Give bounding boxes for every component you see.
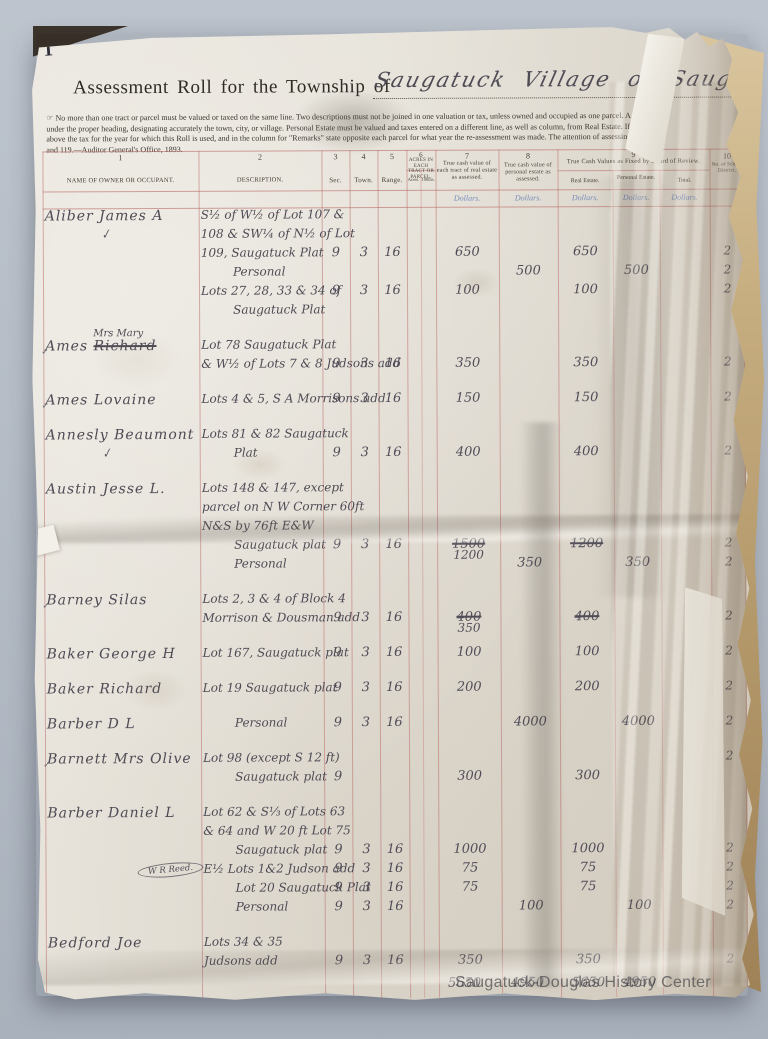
town-value: 3 xyxy=(360,283,368,298)
assessment-row: Plat93164004002 xyxy=(44,443,746,465)
assessed-real-value: 1000 xyxy=(453,842,486,857)
board-real: 100 xyxy=(560,644,615,659)
column-label: Range. xyxy=(379,177,406,184)
parcel-description: 109, Saugatuck Plat xyxy=(201,245,341,260)
board-real-value: 150 xyxy=(574,390,599,405)
school-district: 2 xyxy=(712,713,747,727)
section-value: 9 xyxy=(335,953,343,968)
town: 3 xyxy=(353,861,381,876)
parcel-description: Personal xyxy=(234,556,374,571)
parcel-description: Lots 148 & 147, except xyxy=(202,480,342,495)
range-value: 16 xyxy=(386,680,403,695)
assessed-real-value: 200 xyxy=(457,680,482,695)
range-value: 16 xyxy=(387,842,404,857)
board-personal-value: 100 xyxy=(627,898,652,913)
section-value: 9 xyxy=(333,610,341,625)
school-district: 2 xyxy=(713,897,748,911)
section-value: 9 xyxy=(334,680,342,695)
section: 9 xyxy=(323,445,351,460)
assessment-entry: Aliber James A✓S½ of W½ of Lot 107 &108 … xyxy=(43,205,745,322)
assessed-personal-value: 100 xyxy=(519,898,544,913)
document-title: Assessment Roll for the Township of Saug… xyxy=(73,75,723,108)
range-value: 16 xyxy=(387,899,404,914)
board-real-value: 350 xyxy=(573,355,598,370)
column-label: Town. xyxy=(351,177,377,184)
assessment-row: Personal93161001002 xyxy=(46,897,748,919)
board-real: 1000 xyxy=(560,841,615,856)
assessment-row: Barber D LPersonal9316400040002 xyxy=(45,713,747,735)
assessed-real: 75 xyxy=(439,880,502,895)
subcolumn-label: Personal Estate. xyxy=(613,175,660,182)
header-description-column: 2 DESCRIPTION. xyxy=(198,150,321,208)
town-value: 3 xyxy=(360,245,368,260)
town-value: 3 xyxy=(361,610,369,625)
section-value: 9 xyxy=(333,645,341,660)
column-number: 2 xyxy=(198,152,321,162)
subcolumn-label: Acres. xyxy=(407,177,421,184)
board-personal: 4000 xyxy=(615,714,662,729)
board-personal-value: 350 xyxy=(625,555,650,570)
owner-name: Barnett Mrs Olive xyxy=(47,751,201,768)
town-value: 3 xyxy=(362,842,370,857)
title-printed-text: Assessment Roll for the Township of xyxy=(73,76,391,98)
parcel-description: Lots 2, 3 & 4 of Block 4 xyxy=(202,591,342,606)
section-value: 9 xyxy=(332,245,340,260)
assessed-real-value: 75 xyxy=(462,880,479,895)
assessment-row: Baker George HLot 167, Saugatuck plat931… xyxy=(45,643,747,665)
column-label: NAME OF OWNER OR OCCUPANT. xyxy=(44,177,198,185)
range: 16 xyxy=(378,283,407,298)
board-real-value: 1000 xyxy=(571,841,604,856)
assessment-row: & W½ of Lots 7 & 8 Judsons add9316350350… xyxy=(43,354,745,376)
town-value: 3 xyxy=(362,880,370,895)
column-label: DESCRIPTION. xyxy=(200,176,321,184)
parcel-description: Morrison & Dousman add xyxy=(202,610,342,625)
assessment-entry: Mrs MaryAmes Richard✓Lot 78 Saugatuck Pl… xyxy=(43,335,745,376)
parcel-description: Lot 98 (except S 12 ft) xyxy=(203,750,343,765)
header-sec-column: 3 Sec. xyxy=(321,150,349,207)
assessment-entry: Barney Silas✓Lots 2, 3 & 4 of Block 4Mor… xyxy=(44,589,746,630)
assessment-row: Saugatuck plat9300300 xyxy=(45,767,747,789)
section: 9 xyxy=(325,899,353,914)
board-real: 350 xyxy=(561,952,616,967)
assessed-real: 100 xyxy=(436,283,499,298)
board-real: 300 xyxy=(560,768,615,783)
town: 3 xyxy=(351,445,379,460)
town-value: 3 xyxy=(362,680,370,695)
owner-name: Aliber James A xyxy=(45,208,199,225)
parcel-description: & W½ of Lots 7 & 8 Judsons add xyxy=(201,356,341,371)
section: 9 xyxy=(322,245,350,260)
owner-name: Annesly Beaumont xyxy=(46,427,200,444)
assessed-real-value: 400 xyxy=(456,445,481,460)
assessed-real-value: 150 xyxy=(456,391,481,406)
section-value: 9 xyxy=(334,769,342,784)
range: 16 xyxy=(378,391,407,406)
town-value: 3 xyxy=(361,445,369,460)
town: 3 xyxy=(353,953,381,968)
column-number: 4 xyxy=(349,152,377,161)
town: 3 xyxy=(350,356,378,371)
name-annotation: Mrs Mary xyxy=(93,328,143,339)
parcel-description: S½ of W½ of Lot 107 & xyxy=(201,207,341,222)
assessed-real-revised: 350 xyxy=(437,621,500,635)
archive-watermark: Saugatuck-Douglas History Center xyxy=(455,974,711,992)
range-value: 16 xyxy=(387,880,404,895)
board-real: 400 xyxy=(559,609,614,624)
section: 9 xyxy=(323,537,351,552)
assessment-row: Personal3503502 xyxy=(44,554,746,576)
section-value: 9 xyxy=(334,715,342,730)
owner-name-struck: Richard xyxy=(94,338,157,354)
board-real-value: 650 xyxy=(573,244,598,259)
assessed-real: 650 xyxy=(436,245,499,260)
assessed-real: 400 xyxy=(437,445,500,460)
assessment-entry: Barber Daniel LLot 62 & S⅓ of Lots 63& 6… xyxy=(45,802,747,919)
range: 16 xyxy=(378,356,407,371)
range-value: 16 xyxy=(387,953,404,968)
board-real-value: 400 xyxy=(574,609,599,624)
range: 16 xyxy=(380,842,409,857)
assessment-entry: Barnett Mrs Olive✓Lot 98 (except S 12 ft… xyxy=(45,748,747,789)
town: 3 xyxy=(352,680,380,695)
board-personal-value: 4000 xyxy=(622,714,655,729)
board-real-value: 75 xyxy=(580,860,597,875)
assessed-real: 300 xyxy=(438,769,501,784)
school-district: 2 xyxy=(712,678,747,692)
board-personal-value: 500 xyxy=(624,263,649,278)
board-real: 400 xyxy=(559,444,614,459)
assessed-personal-value: 350 xyxy=(517,555,542,570)
board-real: 100 xyxy=(558,282,613,297)
school-district: 2 xyxy=(712,840,747,854)
town: 3 xyxy=(351,537,379,552)
photographed-assessment-roll: 1 [100 Assessment Roll for the Township … xyxy=(0,0,768,1039)
range: 16 xyxy=(378,245,407,260)
subcolumn-label: Real Estate. xyxy=(558,178,613,185)
board-real-value: 100 xyxy=(575,644,600,659)
school-district: 2 xyxy=(711,554,746,568)
parcel-description: & 64 and W 20 ft Lot 75 xyxy=(203,823,343,838)
section: 9 xyxy=(322,391,350,406)
header-name-column: 1 NAME OF OWNER OR OCCUPANT. xyxy=(42,151,198,209)
assessed-real: 400350 xyxy=(437,610,500,625)
assessment-row: Ames Lovaine✓Lots 4 & 5, S A Morrisons a… xyxy=(43,389,745,411)
parcel-description: Lot 19 Saugatuck plat xyxy=(203,680,343,695)
town: 3 xyxy=(351,610,379,625)
assessed-real: 75 xyxy=(439,861,502,876)
dollars-stamp: Dollars. xyxy=(499,193,558,202)
parcel-description: N&S by 76ft E&W xyxy=(202,518,342,533)
assessment-roll-page: 1 [100 Assessment Roll for the Township … xyxy=(31,26,757,1004)
section: 9 xyxy=(322,283,350,298)
assessment-row: Morrison & Dousman add93164003504002 xyxy=(44,608,746,630)
parcel-description: E½ Lots 1&2 Judson add xyxy=(204,861,344,876)
header-acres-column: 6 ACRES IN EACH TRACT OR PARCEL. Acres. … xyxy=(406,150,435,207)
assessment-entry: Baker RichardLot 19 Saugatuck plat931620… xyxy=(45,678,747,700)
assessed-real: 1000 xyxy=(438,842,501,857)
range: 16 xyxy=(379,610,408,625)
assessed-real-value: 650 xyxy=(455,245,480,260)
section-value: 9 xyxy=(334,861,342,876)
range-value: 16 xyxy=(384,283,401,298)
school-district-value: 2 xyxy=(724,282,732,296)
parcel-description: Saugatuck Plat xyxy=(233,302,373,317)
range-value: 16 xyxy=(385,445,402,460)
school-district-value: 2 xyxy=(724,355,732,369)
school-district: 2 xyxy=(710,354,745,368)
section: 9 xyxy=(324,715,352,730)
range: 16 xyxy=(381,880,410,895)
parcel-description: Lots 34 & 35 xyxy=(204,934,344,949)
board-real-value: 300 xyxy=(575,768,600,783)
section: 9 xyxy=(324,645,352,660)
town-value: 3 xyxy=(361,645,369,660)
board-real: 150 xyxy=(558,390,613,405)
school-district-value: 2 xyxy=(726,749,734,763)
assessed-real: 350 xyxy=(439,953,502,968)
board-personal: 500 xyxy=(613,263,660,278)
parcel-description: Saugatuck plat xyxy=(235,769,375,784)
pencil-checkmark: ✓ xyxy=(43,760,51,771)
assessed-real: 100 xyxy=(438,645,501,660)
town-value: 3 xyxy=(360,391,368,406)
section: 9 xyxy=(325,953,353,968)
subcolumn-label: 100ths. xyxy=(421,177,436,184)
assessed-personal-value: 4000 xyxy=(514,714,547,729)
parcel-description: Lot 62 & S⅓ of Lots 63 xyxy=(203,804,343,819)
town: 3 xyxy=(353,899,381,914)
owner-name: Bedford Joe xyxy=(48,935,202,952)
school-district: 2 xyxy=(711,608,746,622)
assessment-entry: Baker George HLot 167, Saugatuck plat931… xyxy=(45,643,747,665)
assessed-real: 350 xyxy=(436,356,499,371)
school-district-value: 2 xyxy=(726,714,734,728)
title-dotted-line xyxy=(373,97,733,100)
school-district-value: 2 xyxy=(725,609,733,623)
pencil-checkmark: ✓ xyxy=(41,347,49,358)
parcel-description: Personal xyxy=(233,264,373,279)
board-real: 1200 xyxy=(559,536,614,551)
assessment-row: Saugatuck Plat xyxy=(43,300,745,322)
school-district-value: 2 xyxy=(723,244,731,258)
dollars-stamp: Dollars. xyxy=(660,193,710,202)
town-value: 3 xyxy=(360,356,368,371)
circled-note: W R Reed. xyxy=(137,860,204,880)
range: 16 xyxy=(380,680,409,695)
range-value: 16 xyxy=(386,645,403,660)
parcel-description: Lot 78 Saugatuck Plat xyxy=(201,337,341,352)
board-personal: 350 xyxy=(614,555,661,570)
section-value: 9 xyxy=(334,842,342,857)
town: 3 xyxy=(353,880,381,895)
assessed-real: 200 xyxy=(438,680,501,695)
town: 3 xyxy=(350,283,378,298)
section-value: 9 xyxy=(332,283,340,298)
assessed-personal: 4000 xyxy=(501,714,560,729)
assessment-entries: Aliber James A✓S½ of W½ of Lot 107 &108 … xyxy=(43,204,748,973)
range: 16 xyxy=(381,953,410,968)
town-value: 3 xyxy=(363,899,371,914)
range: 16 xyxy=(379,537,408,552)
range-value: 16 xyxy=(386,610,403,625)
owner-name: Baker George H xyxy=(47,646,201,663)
range-value: 16 xyxy=(387,861,404,876)
column-number: 8 xyxy=(498,151,557,160)
section: 9 xyxy=(322,356,350,371)
section: 9 xyxy=(325,880,353,895)
column-number: 3 xyxy=(321,152,349,161)
assessed-real-value: 75 xyxy=(462,861,479,876)
town: 3 xyxy=(350,245,378,260)
section-value: 9 xyxy=(333,537,341,552)
assessed-real-value: 100 xyxy=(455,283,480,298)
town-value: 3 xyxy=(363,953,371,968)
column-label: True cash value of personal estate as as… xyxy=(499,162,556,183)
column-label: Sec. xyxy=(323,177,349,184)
board-real: 200 xyxy=(560,679,615,694)
board-real: 75 xyxy=(561,879,616,894)
owner-name: Baker Richard xyxy=(47,681,201,698)
section-value: 9 xyxy=(332,356,340,371)
board-real: 75 xyxy=(561,860,616,875)
assessed-personal: 500 xyxy=(499,263,558,278)
board-real-value: 1200 xyxy=(570,536,603,551)
section: 9 xyxy=(324,769,352,784)
town: 3 xyxy=(352,715,380,730)
range: 16 xyxy=(380,715,409,730)
assessment-entry: Ames Lovaine✓Lots 4 & 5, S A Morrisons a… xyxy=(43,389,745,411)
range: 16 xyxy=(381,899,410,914)
parcel-description: Lot 167, Saugatuck plat xyxy=(203,645,343,660)
assessment-entry: Barber D LPersonal9316400040002 xyxy=(45,713,747,735)
assessment-row: Judsons add93163503502 xyxy=(46,951,748,973)
column-number: 7 xyxy=(435,152,498,161)
school-district-value: 2 xyxy=(726,879,734,893)
range-value: 16 xyxy=(385,391,402,406)
dollars-stamp: Dollars. xyxy=(436,194,499,203)
board-real-value: 100 xyxy=(573,282,598,297)
school-district-value: 2 xyxy=(726,898,734,912)
section: 9 xyxy=(325,861,353,876)
assessed-real: 15001200 xyxy=(437,537,500,552)
school-district: 2 xyxy=(713,878,748,892)
parcel-description: Judsons add xyxy=(204,953,344,968)
parcel-description: Lots 27, 28, 33 & 34 of xyxy=(201,283,341,298)
school-district-value: 2 xyxy=(724,444,732,458)
column-label: True Cash Values as Fixed by Board of Re… xyxy=(558,158,708,166)
assessment-row: Baker RichardLot 19 Saugatuck plat931620… xyxy=(45,678,747,700)
town: 3 xyxy=(350,391,378,406)
range-value: 16 xyxy=(386,715,403,730)
assessment-entry: Annesly Beaumont✓Lots 81 & 82 SaugatuckP… xyxy=(44,424,746,465)
pencil-checkmark: ✓ xyxy=(42,601,50,612)
town-value: 3 xyxy=(362,715,370,730)
school-district-value: 2 xyxy=(727,952,735,966)
subcolumn-label: Total. xyxy=(660,178,710,185)
section-value: 9 xyxy=(332,391,340,406)
parcel-description: Lots 4 & 5, S A Morrisons add xyxy=(201,391,341,406)
board-personal: 100 xyxy=(616,898,663,913)
section-value: 9 xyxy=(334,880,342,895)
school-district-value: 2 xyxy=(726,841,734,855)
assessed-personal-value: 500 xyxy=(516,263,541,278)
parcel-description: Lots 81 & 82 Saugatuck xyxy=(202,426,342,441)
parcel-description: parcel on N W Corner 60ft xyxy=(202,499,342,514)
column-number: 5 xyxy=(377,152,406,161)
board-real-value: 200 xyxy=(575,679,600,694)
dollars-stamp: Dollars. xyxy=(613,193,660,202)
section: 9 xyxy=(323,610,351,625)
assessed-real-value: 350 xyxy=(458,953,483,968)
range: 16 xyxy=(381,861,410,876)
owner-name: Barber Daniel L xyxy=(47,805,201,822)
school-district-value: 2 xyxy=(726,860,734,874)
owner-name: Barber D L xyxy=(47,716,201,733)
school-district-value: 2 xyxy=(725,679,733,693)
assessment-entry: Austin Jesse L.Lots 148 & 147, exceptpar… xyxy=(44,478,746,576)
board-real: 350 xyxy=(558,355,613,370)
board-real-value: 400 xyxy=(574,444,599,459)
board-real: 650 xyxy=(558,244,613,259)
owner-name: Austin Jesse L. xyxy=(46,481,200,498)
column-number: 1 xyxy=(42,153,198,163)
section: 9 xyxy=(324,842,352,857)
assessed-personal: 100 xyxy=(502,898,561,913)
header-town-column: 4 Town. xyxy=(349,150,377,207)
section-value: 9 xyxy=(335,899,343,914)
pencil-checkmark: ✓ xyxy=(41,401,49,412)
owner-name: Mrs MaryAmes Richard xyxy=(45,338,199,355)
assessed-real: 150 xyxy=(436,391,499,406)
school-district-value: 2 xyxy=(724,390,732,404)
section-value: 9 xyxy=(333,445,341,460)
school-district-value: 2 xyxy=(725,536,733,550)
assessed-real-value: 350 xyxy=(455,356,480,371)
town: 3 xyxy=(352,645,380,660)
owner-name: Ames Lovaine xyxy=(45,392,199,409)
town: 3 xyxy=(352,842,380,857)
range: 16 xyxy=(380,645,409,660)
board-real-value: 350 xyxy=(576,952,601,967)
school-district-value: 2 xyxy=(724,263,732,277)
assessment-entry: Bedford JoeLots 34 & 35Judsons add931635… xyxy=(46,932,748,973)
assessed-real-value: 300 xyxy=(457,769,482,784)
school-district-value: 2 xyxy=(725,555,733,569)
range: 16 xyxy=(379,445,408,460)
parcel-description: 108 & SW¼ of N½ of Lot xyxy=(201,226,341,241)
assessed-real-value: 100 xyxy=(457,645,482,660)
town-value: 3 xyxy=(361,537,369,552)
assessed-personal: 350 xyxy=(500,555,559,570)
section: 9 xyxy=(324,680,352,695)
range-value: 16 xyxy=(385,537,402,552)
school-district-value: 2 xyxy=(725,644,733,658)
range-value: 16 xyxy=(385,356,402,371)
title-handwritten-text: Saugatuck Village of Saugatuck xyxy=(372,66,768,92)
header-range-column: 5 Range. xyxy=(377,150,406,207)
dollars-stamp: Dollars. xyxy=(558,193,613,202)
range-value: 16 xyxy=(384,245,401,260)
board-real-value: 75 xyxy=(580,879,597,894)
column-label: True cash value of each tract of real es… xyxy=(436,161,497,182)
town-value: 3 xyxy=(362,861,370,876)
owner-name: Barney Silas xyxy=(46,592,200,609)
